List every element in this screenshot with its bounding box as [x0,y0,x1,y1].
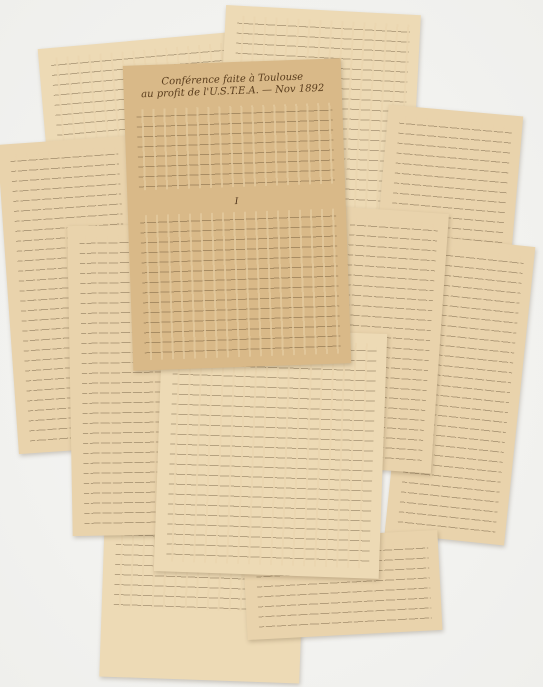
manuscript-title: Conférence faite à Toulouse au profit de… [123,70,342,102]
manuscript-title-page: Conférence faite à Toulouse au profit de… [123,58,352,370]
section-numeral: I [127,193,345,211]
photo-background: Conférence faite à Toulouse au profit de… [0,0,543,687]
